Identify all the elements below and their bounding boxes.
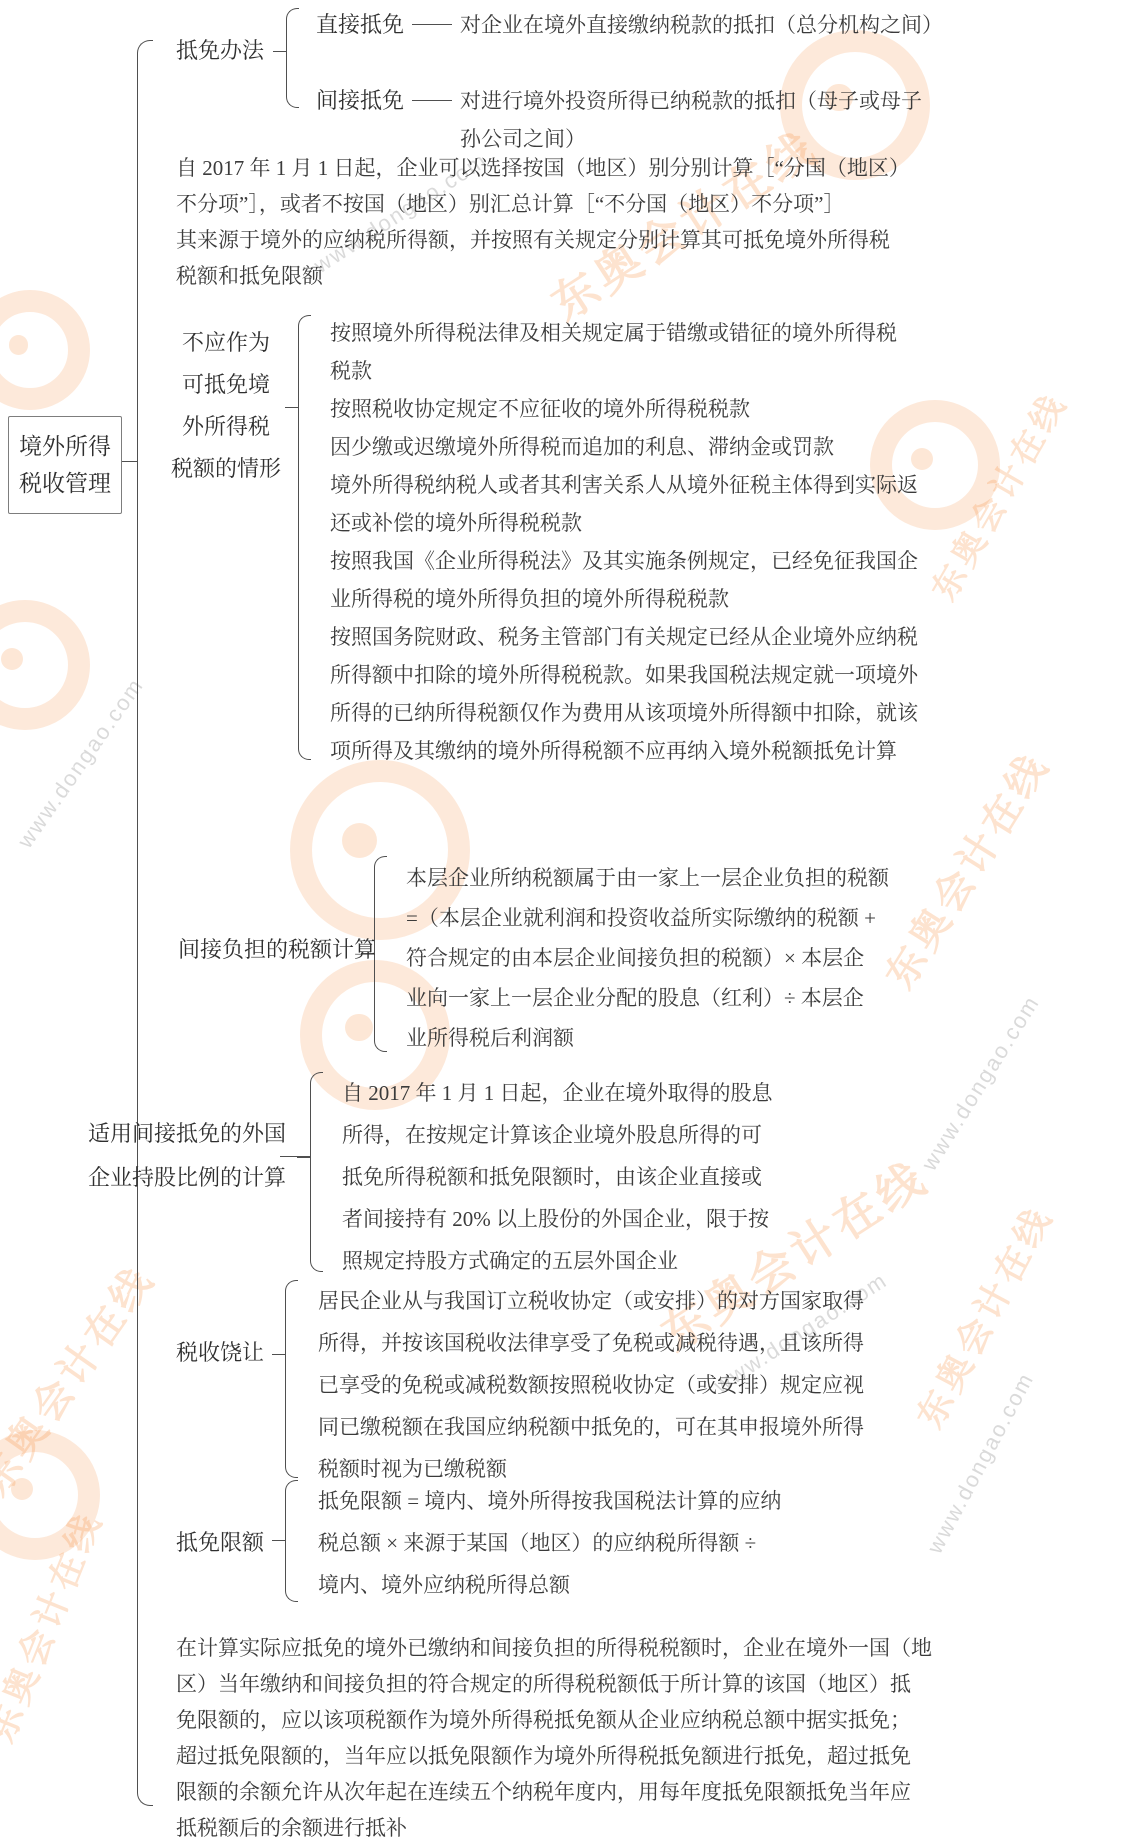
non-creditable-item: 按照境外所得税法律及相关规定属于错缴或错征的境外所得税 税款 [330, 314, 918, 390]
non-creditable-items: 按照境外所得税法律及相关规定属于错缴或错征的境外所得税 税款 按照税收协定规定不… [330, 314, 918, 770]
shareholding-desc: 自 2017 年 1 月 1 日起，企业在境外取得的股息 所得，在按规定计算该企… [342, 1072, 773, 1282]
dongao-logo-watermark [0, 600, 90, 730]
credit-limit-brace [285, 1480, 298, 1602]
watermark-brand-text: 东奥会计在线 [869, 739, 1060, 998]
watermark-brand-text: 东奥会计在线 [917, 381, 1076, 608]
connector-dash [412, 24, 452, 25]
shareholding-brace [310, 1072, 323, 1272]
branch-label-tax-sparing: 税收饶让 [176, 1338, 264, 1368]
para-actual-credit-rule: 在计算实际应抵免的境外已缴纳和间接负担的所得税税额时，企业在境外一国（地 区）当… [176, 1630, 932, 1844]
branch-label-indirect-burden: 间接负担的税额计算 [178, 935, 376, 965]
non-creditable-item: 因少缴或迟缴境外所得税而追加的利息、滞纳金或罚款 [330, 428, 918, 466]
indirect-credit-desc: 对进行境外投资所得已纳税款的抵扣（母子或母子 孙公司之间） [460, 82, 922, 158]
non-creditable-brace [298, 315, 311, 760]
root-node-title: 境外所得 税收管理 [8, 416, 122, 514]
tax-sparing-desc: 居民企业从与我国订立税收协定（或安排）的对方国家取得 所得，并按该国税收法律享受… [318, 1280, 864, 1490]
branch-label-shareholding: 适用间接抵免的外国 企业持股比例的计算 [88, 1112, 286, 1200]
tax-sparing-brace [285, 1280, 298, 1478]
watermark-brand-text: 东奥会计在线 [903, 1195, 1064, 1436]
para-2017-rule: 自 2017 年 1 月 1 日起，企业可以选择按国（地区）别分别计算［“分国（… [176, 150, 910, 294]
credit-methods-brace [286, 8, 299, 108]
root-connector-line [121, 461, 137, 462]
indirect-burden-formula: 本层企业所纳税额属于由一家上一层企业负担的税额 =（本层企业就利润和投资收益所实… [406, 858, 889, 1058]
non-creditable-item: 按照国务院财政、税务主管部门有关规定已经从企业境外应纳税 所得额中扣除的境外所得… [330, 618, 918, 770]
branch-label-non-creditable: 不应作为 可抵免境 外所得税 税额的情形 [166, 322, 286, 490]
direct-credit-label: 直接抵免 [316, 10, 404, 40]
watermark-url-text: www.dongao.com [12, 673, 149, 853]
dongao-logo-watermark [0, 1430, 100, 1560]
mindmap-page: 东奥会计在线 www.dongao.com 东奥会计在线 www.dongao.… [0, 0, 1129, 1844]
watermark-url-text: www.dongao.com [922, 1368, 1040, 1558]
dongao-logo-watermark [0, 290, 90, 410]
watermark-url-text: www.dongao.com [916, 991, 1045, 1176]
credit-limit-formula: 抵免限额 = 境内、境外所得按我国税法计算的应纳 税总额 × 来源于某国（地区）… [318, 1480, 781, 1606]
trunk-brace [137, 40, 153, 1806]
non-creditable-item: 按照我国《企业所得税法》及其实施条例规定，已经免征我国企 业所得税的境外所得负担… [330, 542, 918, 618]
connector-dash [412, 100, 452, 101]
watermark-brand-text: 东奥会计在线 [0, 1502, 113, 1749]
branch-label-credit-limit: 抵免限额 [176, 1528, 264, 1558]
branch-label-credit-methods: 抵免办法 [176, 36, 264, 66]
direct-credit-desc: 对企业在境外直接缴纳税款的抵扣（总分机构之间） [460, 6, 943, 44]
indirect-credit-label: 间接抵免 [316, 86, 404, 116]
non-creditable-item: 境外所得税纳税人或者其利害关系人从境外征税主体得到实际返 还或补偿的境外所得税税… [330, 466, 918, 542]
non-creditable-item: 按照税收协定规定不应征收的境外所得税税款 [330, 390, 918, 428]
